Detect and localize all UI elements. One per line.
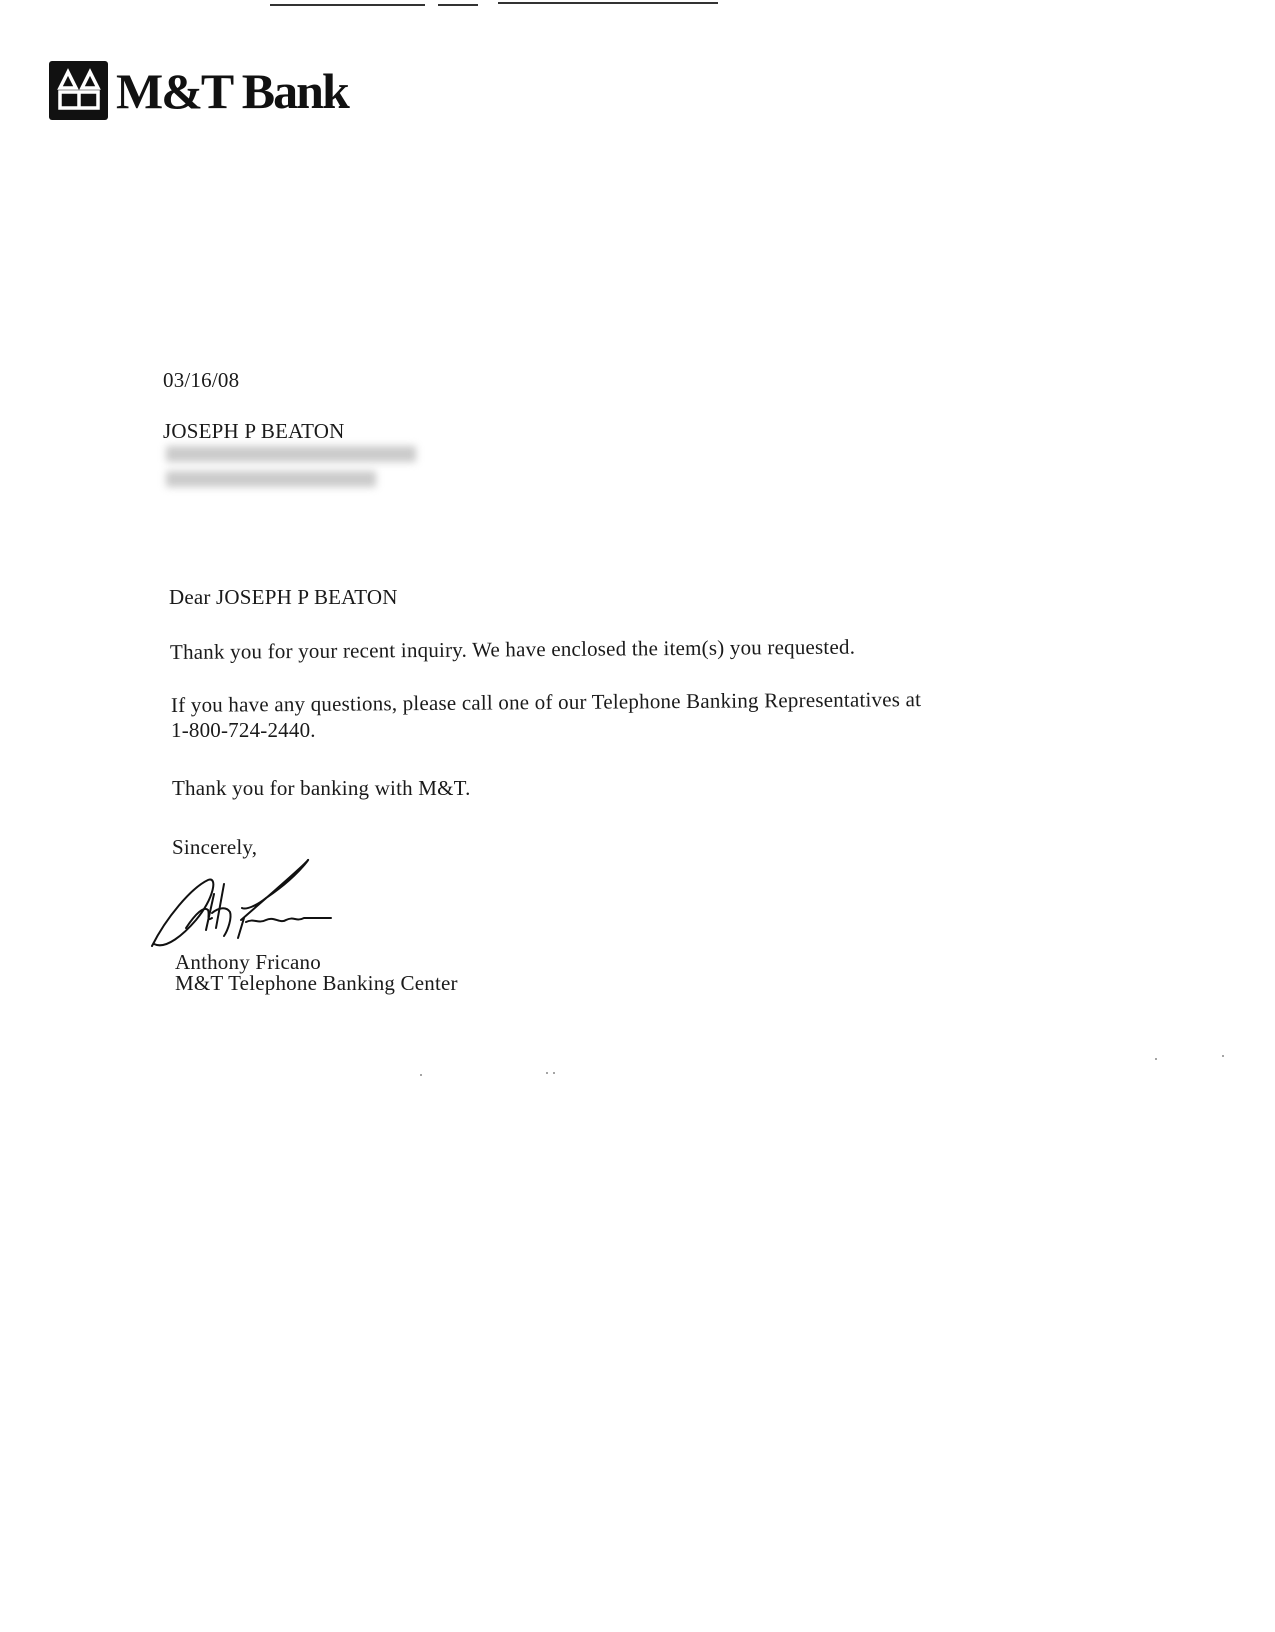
signer-title: M&T Telephone Banking Center — [175, 971, 458, 996]
body-paragraph-1: Thank you for your recent inquiry. We ha… — [170, 635, 855, 665]
body-paragraph-2-line-2: 1-800-724-2440. — [171, 718, 316, 743]
brand-name: M&T Bank — [116, 66, 348, 116]
mt-bank-logo-icon — [49, 61, 108, 120]
salutation: Dear JOSEPH P BEATON — [169, 585, 398, 610]
recipient-name: JOSEPH P BEATON — [163, 419, 345, 444]
letter-date: 03/16/08 — [163, 368, 239, 393]
recipient-address-line-2-redacted — [166, 471, 376, 487]
scan-speck — [553, 1072, 555, 1074]
scan-speck — [420, 1074, 422, 1076]
scan-speck — [1155, 1058, 1157, 1060]
recipient-address-line-1-redacted — [166, 446, 416, 462]
scan-speck — [1222, 1055, 1224, 1057]
signature-icon — [146, 858, 336, 958]
scan-speck — [546, 1072, 548, 1074]
closing: Sincerely, — [172, 835, 257, 860]
body-paragraph-3: Thank you for banking with M&T. — [172, 776, 471, 801]
letterhead-logo: M&T Bank — [49, 61, 348, 120]
body-paragraph-2-line-1: If you have any questions, please call o… — [171, 687, 921, 718]
